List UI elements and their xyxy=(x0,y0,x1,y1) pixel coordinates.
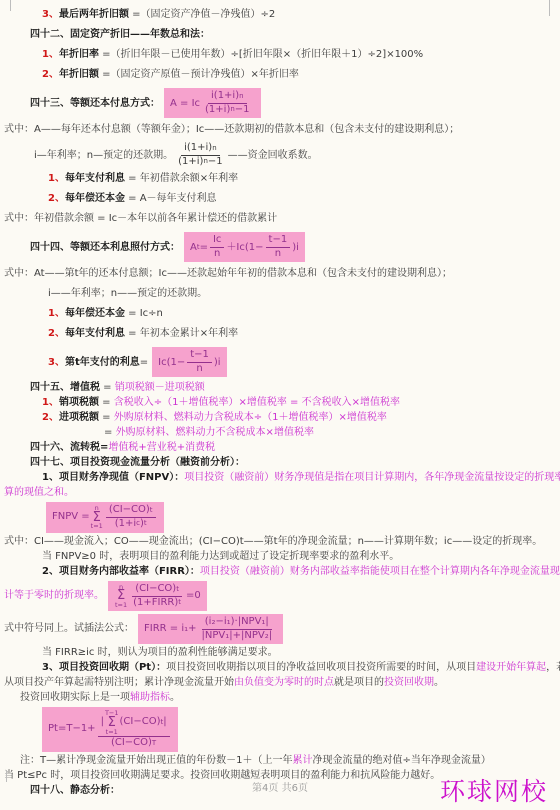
section-42-item-2: 2、年折旧额 =（固定资产原值－预计净残值）×年折旧率 xyxy=(4,68,556,81)
firr-criterion-note: 当 FIRR≥ic 时，则认为项目的盈利性能够满足要求。 xyxy=(4,647,556,659)
firr-definition-line-1: 2、项目财务内部收益率（FIRR）：项目投资（融资前）财务内部收益率指能使项目在… xyxy=(4,566,556,578)
section-46-title-line: 四十六、流转税=增值税+营业税+消费税 xyxy=(4,442,556,454)
firr-zero-npv-formula: nΣt=1 (CI−CO)t (1+FIRR)t =0 xyxy=(108,581,207,612)
section-43-symbols-note: 式中：A——每年还本付息额（等额年金）；Ic——还款期初的借款本息和（包含未支付… xyxy=(4,123,556,136)
firr-definition-line-2: 计等于零时的折现率。 nΣt=1 (CI−CO)t (1+FIRR)t =0 xyxy=(4,581,556,612)
capital-recovery-fraction: i(1+i)n (1+i)n−1 xyxy=(175,143,226,167)
section-44-item-3-row: 3、第t年支付的利息 = Ic(1− t−1n )i xyxy=(4,347,556,377)
fnpv-symbols-note: 式中：CI——现金流入；CO——现金流出；(CI−CO)t——第t年的净现金流量… xyxy=(4,536,556,548)
section-43-title-row: 四十三、等额还本付息方式： A = Ic i(1+i)n (1+i)n−1 xyxy=(4,88,556,118)
year-t-interest-formula: Ic(1− t−1n )i xyxy=(152,347,226,377)
section-43-item-1: 1、每年支付利息 = 年初借款余额×年利率 xyxy=(4,172,556,185)
section-43-title: 四十三、等额还本付息方式： xyxy=(30,97,160,110)
item-label: 最后两年折旧额 xyxy=(59,9,129,20)
payback-definition-line-1: 3、项目投资回收期（Pt）：项目投资回收期指以项目的净收益回收项目投资所需要的时… xyxy=(4,662,556,674)
section-44-title: 四十四、等额还本利息照付方式： xyxy=(30,241,180,254)
payback-definition-line-2: 从项目投产年算起需特别注明；累计净现金流量开始由负值变为零时的时点就是项目的投资… xyxy=(4,677,556,689)
depreciation-last-two-years-line: 3、最后两年折旧额 =（固定资产净值－净残值）÷2 xyxy=(4,8,556,21)
section-43-balance-note: 式中：年初借款余额 = Ic－本年以前各年累计偿还的借款累计 xyxy=(4,212,556,225)
site-watermark: 环球网校 xyxy=(440,772,548,808)
section-44-item-1: 1、每年偿还本金 = Ic÷n xyxy=(4,307,556,320)
sigma-symbol: nΣt=1 xyxy=(91,505,103,530)
section-44-title-row: 四十四、等额还本利息照付方式： At = Icn ＋Ic(1− t−1n )i xyxy=(4,232,556,262)
annuity-repayment-formula: A = Ic i(1+i)n (1+i)n−1 xyxy=(164,88,261,118)
sigma-symbol: T−1Σt=1 xyxy=(105,710,119,735)
fnpv-formula-row: FNPV = nΣt=1 (CI−CO)t (1+ic)t xyxy=(4,502,556,533)
fnpv-formula: FNPV = nΣt=1 (CI−CO)t (1+ic)t xyxy=(46,502,164,533)
section-44-symbols-note: 式中：At——第t年的还本付息额；Ic——还款起始年年初的借款本息和（包含未支付… xyxy=(4,267,556,280)
fraction: i(1+i)n (1+i)n−1 xyxy=(202,91,253,115)
fnpv-definition-line-2: 算的现值之和。 xyxy=(4,487,556,499)
item-number: 3、 xyxy=(42,9,59,20)
sigma-symbol: nΣt=1 xyxy=(115,584,127,609)
section-45-item-1: 1、销项税额 = 含税收入÷（1＋增值税率）×增值税率 = 不含税收入×增值税率 xyxy=(4,397,556,409)
payback-T-note: 注：T—累计净现金流量开始出现正值的年份数－1＋（上一年累计净现金流量的绝对值÷… xyxy=(4,755,556,767)
section-43-item-2: 2、每年偿还本金 = A－每年支付利息 xyxy=(4,192,556,205)
capital-recovery-factor-row: i—年利率；n—预定的还款期。 i(1+i)n (1+i)n−1 ——资金回收系… xyxy=(4,143,556,167)
scan-artifact-line xyxy=(10,0,11,11)
scanned-document-page: 3、最后两年折旧额 =（固定资产净值－净残值）÷2 四十二、固定资产折旧——年数… xyxy=(0,0,560,810)
section-47-title: 四十七、项目投资现金流量分析（融资前分析）： xyxy=(4,457,556,469)
section-42-title: 四十二、固定资产折旧——年数总和法： xyxy=(4,28,556,41)
fnpv-criterion-note: 当 FNPV≥0 时，表明项目的盈利能力达到或超过了设定折现率要求的盈利水平。 xyxy=(4,551,556,563)
payback-period-formula: Pt=T−1+ | T−1Σt=1 (CI−CO)t| (CI−CO)T xyxy=(42,707,178,751)
interpolation-formula-row: 式中符号同上。试插法公式： FIRR = i₁+ (i₂−i₁)·|NPV₁||… xyxy=(4,614,556,644)
item-formula-text: =（固定资产净值－净残值）÷2 xyxy=(129,9,275,20)
payback-auxiliary-note: 投资回收期实际上是一项辅助指标。 xyxy=(4,692,556,704)
section-45-item-2-continuation: = 外购原材料、燃料动力不含税成本×增值税率 xyxy=(4,427,556,439)
equal-principal-formula: At = Icn ＋Ic(1− t−1n )i xyxy=(184,232,305,262)
scan-artifact-line xyxy=(549,0,550,16)
payback-formula-row: Pt=T−1+ | T−1Σt=1 (CI−CO)t| (CI−CO)T xyxy=(4,707,556,751)
section-45-title-line: 四十五、增值税 = 销项税额－进项税额 xyxy=(4,382,556,394)
section-45-item-2: 2、进项税额 = 外购原材料、燃料动力含税成本÷（1＋增值税率）×增值税率 xyxy=(4,412,556,424)
section-44-item-2: 2、每年支付利息 = 年初本金累计×年利率 xyxy=(4,327,556,340)
fnpv-definition-line-1: 1、项目财务净现值（FNPV）：项目投资（融资前）财务净现值是指在项目计算期内，… xyxy=(4,472,556,484)
firr-interpolation-formula: FIRR = i₁+ (i₂−i₁)·|NPV₁||NPV₁|+|NPV₂| xyxy=(138,614,283,644)
section-44-rate-note: i——年利率；n——预定的还款期。 xyxy=(4,287,556,300)
section-42-item-1: 1、年折旧率 =（折旧年限－已使用年数）÷[折旧年限×（折旧年限＋1）÷2]×1… xyxy=(4,48,556,61)
